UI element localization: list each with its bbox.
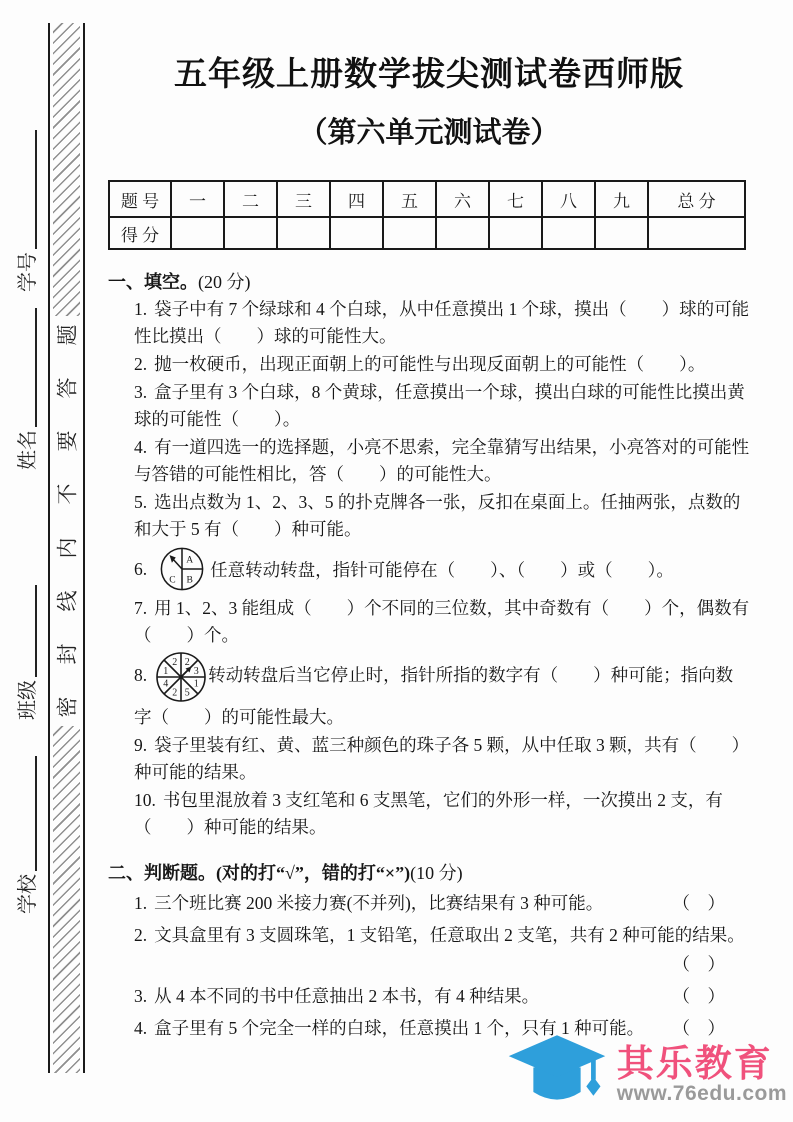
fill-question-8: 8. 2 2 3 1 5 2 4 1 转动转盘后当它停止时，指针所指的数字有（ … — [134, 650, 750, 731]
question-text: 从 4 本不同的书中任意抽出 2 本书，有 4 种结果。 — [154, 986, 539, 1006]
seal-char: 密 — [52, 696, 82, 717]
score-cell — [330, 217, 383, 249]
school-blank-line — [6, 756, 37, 871]
score-table-header-cell: 二 — [224, 181, 277, 217]
seal-line-strip: 题 答 要 不 内 线 封 密 — [48, 23, 85, 1073]
score-cell — [436, 217, 489, 249]
score-cell — [648, 217, 745, 249]
question-number: 3. — [134, 986, 147, 1006]
question-number: 2. — [134, 925, 147, 945]
section1-heading-score: (20 分) — [198, 272, 251, 292]
spinner-number: 1 — [163, 666, 168, 677]
question-number: 3. — [134, 382, 147, 402]
spinner-number: 2 — [185, 657, 190, 668]
student-number-blank-line — [6, 130, 37, 249]
answer-bracket: （ ） — [673, 890, 726, 917]
spinner-label-c: C — [169, 574, 175, 585]
question-text: 袋子里装有红、黄、蓝三种颜色的珠子各 5 颗，从中任取 3 颗，共有（ ）种可能… — [134, 735, 749, 782]
score-table: 题 号 一 二 三 四 五 六 七 八 九 总 分 得 分 — [108, 180, 746, 250]
question-number: 8. — [134, 665, 147, 685]
section2-heading: 二、判断题。(对的打“√”，错的打“×”)(10 分) — [108, 859, 750, 885]
graduation-cap-icon — [505, 1033, 609, 1117]
score-cell — [171, 217, 224, 249]
question-text: 选出点数为 1、2、3、5 的扑克牌各一张，反扣在桌面上。任抽两张，点数的和大于… — [134, 492, 740, 539]
question-text: 袋子中有 7 个绿球和 4 个白球，从中任意摸出 1 个球，摸出（ ）球的可能性… — [134, 299, 749, 346]
exam-paper-page: 学号 姓名 班级 学校 题 答 要 不 内 线 封 密 — [0, 0, 793, 1122]
score-table-header-cell: 七 — [489, 181, 542, 217]
spinner-abc-icon: A B C — [159, 546, 205, 592]
paper-content: 五年级上册数学拔尖测试卷西师版 （第六单元测试卷） 题 号 一 二 三 四 五 … — [108, 0, 750, 1042]
question-text: 文具盒里有 3 支圆珠笔，1 支铅笔，任意取出 2 支笔，共有 2 种可能的结果… — [154, 925, 745, 945]
spinner-number: 4 — [163, 679, 168, 690]
score-cell — [277, 217, 330, 249]
student-number-label: 学号 — [11, 252, 40, 292]
spinner-number: 1 — [194, 679, 199, 690]
seal-char: 不 — [52, 484, 82, 505]
question-text: 三个班比赛 200 米接力赛(不并列)，比赛结果有 3 种可能。 — [154, 893, 603, 913]
brand-name: 其乐教育 — [617, 1045, 787, 1084]
fill-question-5: 5.选出点数为 1、2、3、5 的扑克牌各一张，反扣在桌面上。任抽两张，点数的和… — [134, 489, 750, 543]
student-number-field: 学号 — [6, 130, 44, 292]
fill-question-7: 7.用 1、2、3 能组成（ ）个不同的三位数，其中奇数有（ ）个，偶数有（ ）… — [134, 595, 750, 649]
seal-char: 题 — [52, 325, 82, 346]
fill-question-3: 3.盒子里有 3 个白球，8 个黄球，任意摸出一个球，摸出白球的可能性比摸出黄球… — [134, 379, 750, 433]
question-number: 1. — [134, 299, 147, 319]
spinner-number: 2 — [172, 657, 177, 668]
question-number: 1. — [134, 893, 147, 913]
judge-question-1: 1.三个班比赛 200 米接力赛(不并列)，比赛结果有 3 种可能。 （ ） — [134, 890, 725, 917]
seal-char: 线 — [52, 590, 82, 611]
brand-logo: 其乐教育 www.76edu.com — [505, 1033, 787, 1117]
brand-url: www.76edu.com — [617, 1083, 787, 1105]
question-text: 有一道四选一的选择题，小亮不思索，完全靠猜写出结果，小亮答对的可能性与答错的可能… — [134, 437, 749, 484]
score-table-header-cell: 八 — [542, 181, 595, 217]
judge-question-3: 3.从 4 本不同的书中任意抽出 2 本书，有 4 种结果。 （ ） — [134, 983, 725, 1010]
seal-hatch-bottom — [53, 726, 80, 1073]
fill-question-6: 6. A B C 任意转动转盘，指针可能停在（ ）、（ ）或（ ）。 — [134, 546, 750, 592]
section2-heading-title: 二、判断题。(对的打“√”，错的打“×”) — [108, 863, 410, 883]
question-text: 任意转动转盘，指针可能停在（ ）、（ ）或（ ）。 — [210, 557, 674, 582]
question-text: 书包里混放着 3 支红笔和 6 支黑笔，它们的外形一样，一次摸出 2 支，有（ … — [134, 790, 723, 837]
score-table-header-cell: 题 号 — [109, 181, 171, 217]
school-label: 学校 — [11, 874, 40, 914]
name-blank-line — [6, 308, 37, 427]
spinner-label-a: A — [186, 554, 193, 565]
spinner-number: 3 — [194, 666, 199, 677]
section2-heading-score: (10 分) — [410, 863, 463, 883]
seal-line-text: 题 答 要 不 内 线 封 密 — [50, 316, 83, 726]
judge-question-2-bracket: （ ） — [108, 951, 725, 978]
spinner-numbers-icon: 2 2 3 1 5 2 4 1 — [154, 650, 208, 704]
question-number: 4. — [134, 437, 147, 457]
spinner-number: 5 — [185, 688, 190, 699]
name-label: 姓名 — [11, 430, 40, 470]
score-table-header-cell: 九 — [595, 181, 648, 217]
class-blank-line — [6, 585, 37, 677]
question-number: 4. — [134, 1018, 147, 1038]
question-text: 抛一枚硬币，出现正面朝上的可能性与出现反面朝上的可能性（ ）。 — [154, 354, 705, 374]
question-number: 5. — [134, 492, 147, 512]
question-number: 9. — [134, 735, 147, 755]
seal-char: 要 — [52, 431, 82, 452]
score-table-header-cell: 四 — [330, 181, 383, 217]
question-text: 盒子里有 3 个白球，8 个黄球，任意摸出一个球，摸出白球的可能性比摸出黄球的可… — [134, 382, 745, 429]
seal-hatch-top — [53, 23, 80, 316]
score-cell — [224, 217, 277, 249]
seal-char: 内 — [52, 537, 82, 558]
fill-question-10: 10.书包里混放着 3 支红笔和 6 支黑笔，它们的外形一样，一次摸出 2 支，… — [134, 787, 750, 841]
question-text: 用 1、2、3 能组成（ ）个不同的三位数，其中奇数有（ ）个，偶数有（ ）个。 — [134, 598, 749, 645]
section1-heading: 一、填空。(20 分) — [108, 268, 750, 294]
spinner-number: 2 — [172, 688, 177, 699]
fill-question-2: 2.抛一枚硬币，出现正面朝上的可能性与出现反面朝上的可能性（ ）。 — [134, 351, 750, 378]
answer-bracket: （ ） — [673, 983, 726, 1010]
question-number: 6. — [134, 559, 147, 580]
question-number: 2. — [134, 354, 147, 374]
page-subtitle: （第六单元测试卷） — [108, 110, 750, 151]
judge-question-2: 2.文具盒里有 3 支圆珠笔，1 支铅笔，任意取出 2 支笔，共有 2 种可能的… — [134, 922, 750, 949]
fill-question-4: 4.有一道四选一的选择题，小亮不思索，完全靠猜写出结果，小亮答对的可能性与答错的… — [134, 434, 750, 488]
score-table-header-cell: 三 — [277, 181, 330, 217]
score-cell — [542, 217, 595, 249]
seal-char: 答 — [52, 378, 82, 399]
score-cell — [383, 217, 436, 249]
fill-question-9: 9.袋子里装有红、黄、蓝三种颜色的珠子各 5 颗，从中任取 3 颗，共有（ ）种… — [134, 732, 750, 786]
page-title: 五年级上册数学拔尖测试卷西师版 — [108, 48, 750, 95]
section1-heading-title: 一、填空。 — [108, 272, 198, 292]
question-number: 7. — [134, 598, 147, 618]
seal-char: 封 — [52, 643, 82, 664]
name-field: 姓名 — [6, 308, 44, 470]
class-field: 班级 — [6, 585, 44, 720]
fill-question-1: 1.袋子中有 7 个绿球和 4 个白球，从中任意摸出 1 个球，摸出（ ）球的可… — [134, 296, 750, 350]
question-number: 10. — [134, 790, 156, 810]
score-cell — [489, 217, 542, 249]
question-text: 转动转盘后当它停止时，指针所指的数字有（ ）种可能；指向数字（ ）的可能性最大。 — [134, 665, 733, 727]
score-table-header-cell: 一 — [171, 181, 224, 217]
class-label: 班级 — [11, 680, 40, 720]
school-field: 学校 — [6, 756, 44, 914]
score-table-header-cell: 总 分 — [648, 181, 745, 217]
score-row-label: 得 分 — [109, 217, 171, 249]
score-table-header-cell: 六 — [436, 181, 489, 217]
score-cell — [595, 217, 648, 249]
spinner-label-b: B — [187, 574, 193, 585]
score-table-header-cell: 五 — [383, 181, 436, 217]
